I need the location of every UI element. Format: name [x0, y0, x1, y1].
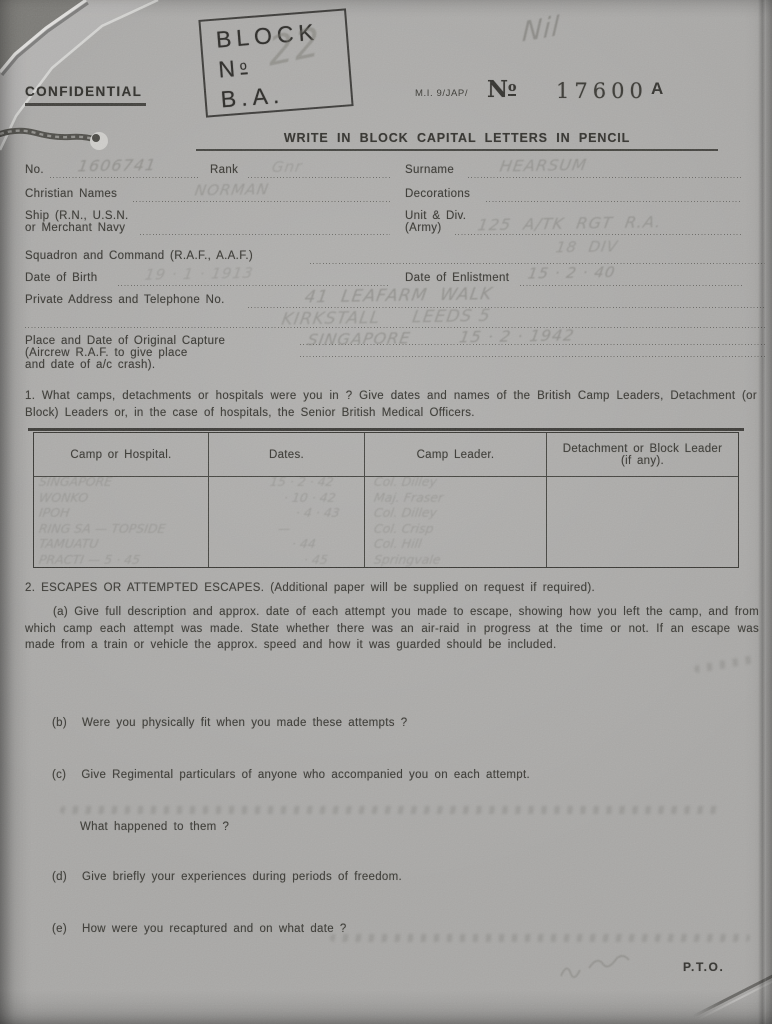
bleed-through-marks [330, 934, 751, 942]
camps-table-handwriting: SINGAPORE15 · 2 · 42Col. Dilley WONKO· 1… [33, 474, 739, 567]
unit-div-handwriting-1: 125 A/TK RGT R.A. [476, 212, 663, 234]
page-edge [758, 0, 766, 1024]
question-2a: (a) Give full description and approx. da… [25, 604, 759, 654]
no-line [50, 177, 200, 178]
table-top-rule [28, 428, 744, 431]
question-2-heading: 2. ESCAPES OR ATTEMPTED ESCAPES. (Additi… [25, 580, 757, 597]
enlistment-label: Date of Enlistment [405, 272, 509, 284]
question-2c-followup: What happened to them ? [80, 821, 229, 833]
table-row: SINGAPORE15 · 2 · 42Col. Dilley [32, 474, 740, 490]
enlistment-line [520, 285, 742, 286]
bleed-through-marks [60, 806, 721, 814]
question-2e-text: How were you recaptured and on what date… [82, 923, 347, 935]
capture-line-2 [300, 356, 765, 357]
rank-handwriting: Gnr [271, 158, 304, 177]
table-header-dates: Dates. [209, 433, 365, 477]
table-row: PRACTI — 5 · 45· 45Springvale [32, 552, 740, 568]
question-2d: (d) Give briefly your experiences during… [52, 871, 402, 883]
serial-number: 17600 [556, 79, 648, 103]
decorations-label: Decorations [405, 188, 470, 200]
question-1: 1. What camps, detachments or hospitals … [25, 388, 757, 421]
christian-names-handwriting: NORMAN [193, 180, 270, 199]
unit-div-handwriting-2: 18 DIV [554, 237, 619, 256]
series-letter: A [651, 79, 663, 99]
address-handwriting-2: KIRKSTALL LEEDS 5 [280, 306, 492, 330]
enlistment-handwriting: 15 · 2 · 40 [526, 263, 616, 283]
table-header-camp: Camp or Hospital. [34, 433, 209, 477]
rank-line [248, 177, 390, 178]
address-handwriting-1: 41 LEAFARM WALK [303, 284, 494, 307]
form-title: WRITE IN BLOCK CAPITAL LETTERS IN PENCIL [196, 131, 718, 151]
surname-line [468, 177, 742, 178]
surname-handwriting: HEARSUM [498, 155, 588, 176]
table-header-block: Detachment or Block Leader (if any). [547, 433, 738, 477]
dob-handwriting: 19 · 1 · 1913 [143, 264, 255, 284]
question-2c-followup-text: What happened to them ? [80, 821, 229, 833]
surname-label: Surname [405, 164, 454, 176]
question-2d-text: Give briefly your experiences during per… [82, 871, 402, 883]
question-2c-text: Give Regimental particulars of anyone wh… [81, 769, 530, 781]
no-label: No. [25, 164, 44, 176]
ship-line [140, 234, 390, 235]
address-label: Private Address and Telephone No. [25, 294, 225, 306]
form-reference: M.I. 9/JAP/ [415, 88, 468, 99]
unit-div-label-line1: Unit & Div. [405, 210, 466, 222]
question-2e: (e) How were you recaptured and on what … [52, 923, 347, 935]
unit-div-label-line2: (Army) [405, 222, 442, 234]
question-2b-marker: (b) [52, 717, 67, 729]
question-2b: (b) Were you physically fit when you mad… [52, 717, 407, 729]
decorations-line [486, 201, 742, 202]
rank-label: Rank [210, 164, 238, 176]
no-handwriting: 1606741 [76, 155, 158, 175]
ship-label-line2: or Merchant Navy [25, 222, 125, 234]
christian-names-line [133, 201, 390, 202]
squadron-label: Squadron and Command (R.A.F., A.A.F.) [25, 250, 253, 262]
ship-label-line1: Ship (R.N., U.S.N. [25, 210, 129, 222]
confidential-stamp: CONFIDENTIAL [25, 84, 146, 106]
capture-label-line2: (Aircrew R.A.F. to give place [25, 347, 188, 359]
table-row: RING SA — TOPSIDE—Col. Crisp [32, 521, 740, 537]
capture-label-line3: and date of a/c crash). [25, 359, 155, 371]
serial-no-label: No [487, 76, 516, 103]
table-row: TAMUATU· 44Col. Hill [32, 536, 740, 552]
capture-label-line1: Place and Date of Original Capture [25, 335, 225, 347]
question-2c-marker: (c) [52, 769, 66, 781]
table-header-leader: Camp Leader. [365, 433, 547, 477]
question-2e-marker: (e) [52, 923, 67, 935]
table-row: WONKO· 10 · 42Maj. Fraser [32, 490, 740, 506]
pto-label: P.T.O. [683, 960, 724, 974]
question-2d-marker: (d) [52, 871, 67, 883]
table-row: IPOH· 4 · 43Col. Dilley [32, 505, 740, 521]
dob-label: Date of Birth [25, 272, 97, 284]
question-2c: (c) Give Regimental particulars of anyon… [52, 769, 530, 781]
christian-names-label: Christian Names [25, 188, 117, 200]
handwritten-nil-note: Nil [521, 11, 560, 49]
question-2b-text: Were you physically fit when you made th… [82, 717, 408, 729]
